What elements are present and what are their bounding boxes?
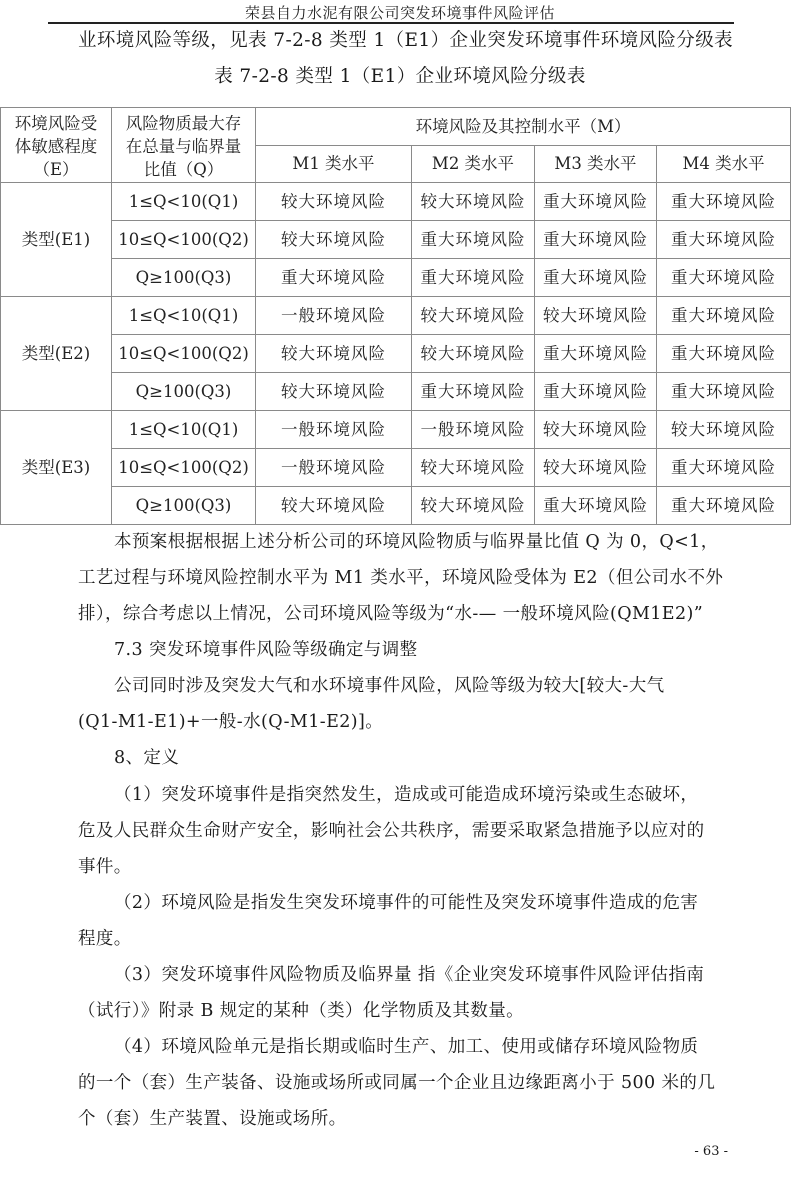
q-cell: Q≥100(Q3) — [112, 259, 256, 297]
header-e-sensitivity: 环境风险受 体敏感程度 （E） — [1, 108, 112, 183]
risk-cell: 重大环境风险 — [535, 183, 657, 221]
def3-line-2: （试行）》附录 B 规定的某种（类）化学物质及其数量。 — [78, 997, 524, 1022]
risk-cell: 重大环境风险 — [535, 221, 657, 259]
table-row: 10≤Q<100(Q2) 较大环境风险 较大环境风险 重大环境风险 重大环境风险 — [1, 335, 791, 373]
table-row: 类型(E2) 1≤Q<10(Q1) 一般环境风险 较大环境风险 较大环境风险 重… — [1, 297, 791, 335]
q-cell: Q≥100(Q3) — [112, 487, 256, 525]
def4-line-2: 的一个（套）生产装备、设施或场所或同属一个企业且边缘距离小于 500 米的几 — [78, 1069, 715, 1094]
risk-cell: 较大环境风险 — [256, 335, 412, 373]
table-row: Q≥100(Q3) 较大环境风险 较大环境风险 重大环境风险 重大环境风险 — [1, 487, 791, 525]
risk-cell: 重大环境风险 — [657, 183, 791, 221]
conclusion-line-1: 本预案根据根据上述分析公司的环境风险物质与临界量比值 Q 为 0，Q<1， — [114, 528, 719, 553]
table-row: 10≤Q<100(Q2) 较大环境风险 重大环境风险 重大环境风险 重大环境风险 — [1, 221, 791, 259]
type-cell-e3: 类型(E3) — [1, 411, 112, 525]
risk-cell: 重大环境风险 — [657, 259, 791, 297]
header-m2: M2 类水平 — [412, 146, 535, 183]
header-e-line: （E） — [1, 158, 111, 181]
type-cell-e2: 类型(E2) — [1, 297, 112, 411]
header-e-line: 体敏感程度 — [1, 135, 111, 158]
def1-line-2: 危及人民群众生命财产安全，影响社会公共秩序，需要采取紧急措施予以应对的 — [78, 817, 705, 842]
q-cell: 10≤Q<100(Q2) — [112, 335, 256, 373]
risk-cell: 一般环境风险 — [256, 449, 412, 487]
risk-cell: 重大环境风险 — [657, 335, 791, 373]
def1-line-3: 事件。 — [78, 853, 132, 878]
risk-cell: 重大环境风险 — [657, 297, 791, 335]
table-row: 10≤Q<100(Q2) 一般环境风险 较大环境风险 较大环境风险 重大环境风险 — [1, 449, 791, 487]
q-cell: 10≤Q<100(Q2) — [112, 221, 256, 259]
header-m3: M3 类水平 — [535, 146, 657, 183]
header-m1: M1 类水平 — [256, 146, 412, 183]
intro-line: 业环境风险等级，见表 7-2-8 类型 1（E1）企业突发环境事件环境风险分级表 — [78, 26, 733, 52]
risk-cell: 重大环境风险 — [412, 259, 535, 297]
type-cell-e1: 类型(E1) — [1, 183, 112, 297]
header-q-line: 在总量与临界量 — [112, 135, 255, 158]
section-8-title: 8、定义 — [114, 744, 179, 769]
risk-cell: 较大环境风险 — [256, 221, 412, 259]
risk-cell: 较大环境风险 — [256, 373, 412, 411]
risk-classification-table: 环境风险受 体敏感程度 （E） 风险物质最大存 在总量与临界量 比值（Q） 环境… — [0, 107, 791, 525]
table-caption: 表 7-2-8 类型 1（E1）企业环境风险分级表 — [0, 62, 800, 88]
q-cell: 1≤Q<10(Q1) — [112, 297, 256, 335]
risk-cell: 较大环境风险 — [412, 449, 535, 487]
risk-cell: 一般环境风险 — [256, 411, 412, 449]
risk-cell: 较大环境风险 — [535, 449, 657, 487]
table-row: Q≥100(Q3) 重大环境风险 重大环境风险 重大环境风险 重大环境风险 — [1, 259, 791, 297]
table-row: Q≥100(Q3) 较大环境风险 重大环境风险 重大环境风险 重大环境风险 — [1, 373, 791, 411]
def3-line-1: （3）突发环境事件风险物质及临界量 指《企业突发环境事件风险评估指南 — [114, 961, 704, 986]
risk-cell: 重大环境风险 — [535, 487, 657, 525]
risk-cell: 较大环境风险 — [535, 411, 657, 449]
section-7-3-line-1: 公司同时涉及突发大气和水环境事件风险，风险等级为较大[较大-大气 — [114, 672, 665, 697]
risk-cell: 重大环境风险 — [535, 259, 657, 297]
q-cell: 10≤Q<100(Q2) — [112, 449, 256, 487]
risk-cell: 较大环境风险 — [535, 297, 657, 335]
header-rule — [48, 22, 734, 24]
header-m-group: 环境风险及其控制水平（M） — [256, 108, 791, 146]
risk-cell: 重大环境风险 — [535, 373, 657, 411]
risk-cell: 重大环境风险 — [657, 449, 791, 487]
q-cell: 1≤Q<10(Q1) — [112, 411, 256, 449]
risk-cell: 重大环境风险 — [412, 221, 535, 259]
section-7-3-title: 7.3 突发环境事件风险等级确定与调整 — [114, 636, 418, 661]
risk-cell: 一般环境风险 — [256, 297, 412, 335]
risk-cell: 重大环境风险 — [657, 487, 791, 525]
table-row: 类型(E1) 1≤Q<10(Q1) 较大环境风险 较大环境风险 重大环境风险 重… — [1, 183, 791, 221]
header-q-line: 风险物质最大存 — [112, 112, 255, 135]
q-cell: 1≤Q<10(Q1) — [112, 183, 256, 221]
table-row: 类型(E3) 1≤Q<10(Q1) 一般环境风险 一般环境风险 较大环境风险 较… — [1, 411, 791, 449]
risk-cell: 重大环境风险 — [657, 373, 791, 411]
def2-line-1: （2）环境风险是指发生突发环境事件的可能性及突发环境事件造成的危害 — [114, 889, 698, 914]
risk-cell: 一般环境风险 — [412, 411, 535, 449]
def4-line-1: （4）环境风险单元是指长期或临时生产、加工、使用或储存环境风险物质 — [114, 1033, 698, 1058]
q-cell: Q≥100(Q3) — [112, 373, 256, 411]
risk-cell: 较大环境风险 — [256, 183, 412, 221]
running-header: 荣县自力水泥有限公司突发环境事件风险评估 — [0, 2, 800, 23]
risk-cell: 较大环境风险 — [256, 487, 412, 525]
conclusion-line-2: 工艺过程与环境风险控制水平为 M1 类水平，环境风险受体为 E2（但公司水不外 — [78, 564, 723, 589]
page-number: - 63 - — [694, 1144, 728, 1159]
def1-line-1: （1）突发环境事件是指突然发生，造成或可能造成环境污染或生态破坏， — [114, 781, 698, 806]
risk-cell: 重大环境风险 — [535, 335, 657, 373]
risk-cell: 较大环境风险 — [412, 487, 535, 525]
risk-cell: 重大环境风险 — [412, 373, 535, 411]
def2-line-2: 程度。 — [78, 925, 132, 950]
header-q-ratio: 风险物质最大存 在总量与临界量 比值（Q） — [112, 108, 256, 183]
conclusion-line-3: 排），综合考虑以上情况，公司环境风险等级为“水-— 一般环境风险(QM1E2)” — [78, 600, 703, 625]
risk-cell: 较大环境风险 — [657, 411, 791, 449]
def4-line-3: 个（套）生产装置、设施或场所。 — [78, 1105, 347, 1130]
risk-cell: 重大环境风险 — [657, 221, 791, 259]
risk-cell: 较大环境风险 — [412, 183, 535, 221]
header-e-line: 环境风险受 — [1, 112, 111, 135]
section-7-3-line-2: (Q1-M1-E1)+一般-水(Q-M1-E2)]。 — [78, 708, 383, 733]
risk-cell: 较大环境风险 — [412, 297, 535, 335]
risk-cell: 重大环境风险 — [256, 259, 412, 297]
risk-cell: 较大环境风险 — [412, 335, 535, 373]
header-m4: M4 类水平 — [657, 146, 791, 183]
header-q-line: 比值（Q） — [112, 158, 255, 181]
